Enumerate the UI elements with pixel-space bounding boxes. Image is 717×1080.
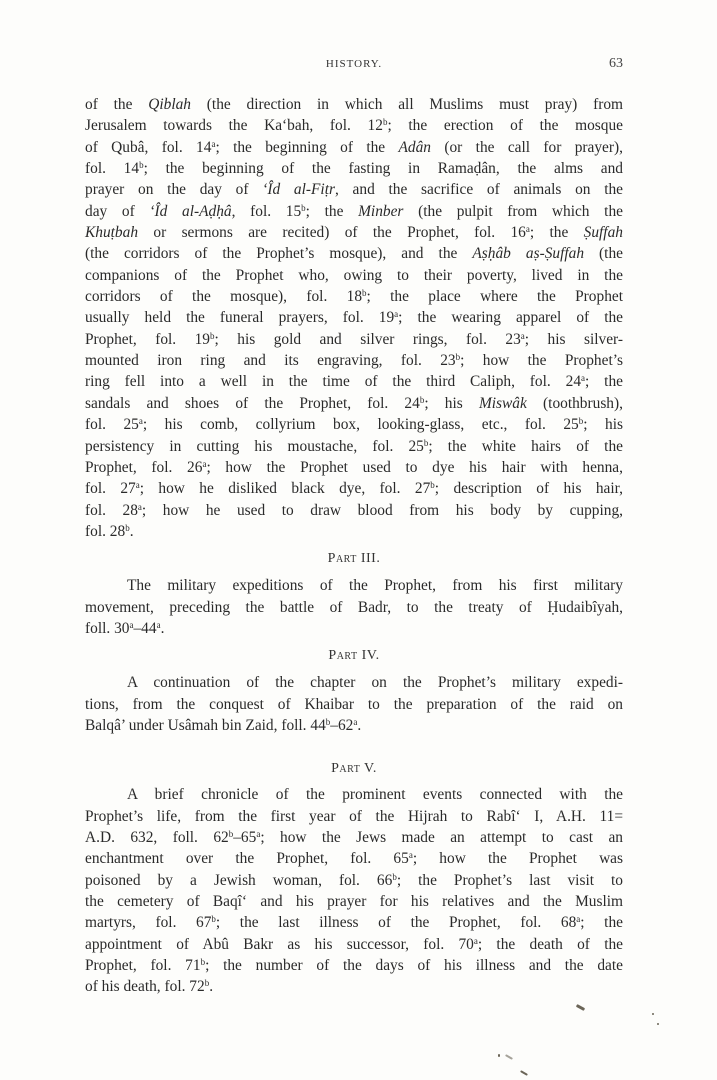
text-line: fol. 27a; how he disliked black dye, fol… [85, 478, 623, 499]
scan-speck [505, 1054, 513, 1060]
text-line: A continuation of the chapter on the Pro… [85, 672, 623, 693]
running-head: HISTORY. 63 [85, 58, 623, 78]
text-line: A brief chronicle of the prominent event… [85, 784, 623, 805]
text-line: poisoned by a Jewish woman, fol. 66b; th… [85, 870, 623, 891]
text-line: Prophet, fol. 19b; his gold and silver r… [85, 329, 623, 350]
body-text: of the Qiblah (the direction in which al… [85, 94, 623, 998]
text-line: usually held the funeral prayers, fol. 1… [85, 307, 623, 328]
scan-speck [520, 1070, 528, 1076]
scan-speck [498, 1054, 500, 1057]
book-page: HISTORY. 63 of the Qiblah (the direction… [0, 0, 717, 1080]
part-3-paragraph: The military expeditions of the Prophet,… [85, 575, 623, 639]
text-line: A.D. 632, foll. 62b–65a; how the Jews ma… [85, 827, 623, 848]
text-line: of the Qiblah (the direction in which al… [85, 94, 623, 115]
text-line: the cemetery of Baqî‘ and his prayer for… [85, 891, 623, 912]
text-line: enchantment over the Prophet, fol. 65a; … [85, 848, 623, 869]
text-line: fol. 14b; the beginning of the fasting i… [85, 158, 623, 179]
text-line: appointment of Abû Bakr as his successor… [85, 934, 623, 955]
part-5-heading: Part V. [85, 754, 623, 784]
text-line: tions, from the conquest of Khaibar to t… [85, 694, 623, 715]
scan-speck [657, 1023, 659, 1025]
text-line: foll. 30a–44a. [85, 618, 623, 639]
page-number: 63 [609, 56, 623, 72]
part-3-heading: Part III. [85, 542, 623, 575]
text-line: Khuṭbah or sermons are recited) of the P… [85, 222, 623, 243]
text-line: prayer on the day of ‘Îd al-Fiṭr, and th… [85, 179, 623, 200]
text-line: mounted iron ring and its engraving, fol… [85, 350, 623, 371]
part2-continuation-paragraph: of the Qiblah (the direction in which al… [85, 94, 623, 542]
text-line: fol. 28a; how he used to draw blood from… [85, 500, 623, 521]
text-line: corridors of the mosque), fol. 18b; the … [85, 286, 623, 307]
text-line: Jerusalem towards the Ka‘bah, fol. 12b; … [85, 115, 623, 136]
text-line: Balqâ’ under Usâmah bin Zaid, foll. 44b–… [85, 715, 623, 736]
part-4-paragraph: A continuation of the chapter on the Pro… [85, 672, 623, 736]
text-line: (the corridors of the Prophet’s mosque),… [85, 243, 623, 264]
text-line: persistency in cutting his moustache, fo… [85, 436, 623, 457]
text-line: The military expeditions of the Prophet,… [85, 575, 623, 596]
text-line: sandals and shoes of the Prophet, fol. 2… [85, 393, 623, 414]
text-line: fol. 28b. [85, 521, 623, 542]
text-line: ring fell into a well in the time of the… [85, 371, 623, 392]
part-5-paragraph: A brief chronicle of the prominent event… [85, 784, 623, 997]
text-line: martyrs, fol. 67b; the last illness of t… [85, 912, 623, 933]
text-line: movement, preceding the battle of Badr, … [85, 597, 623, 618]
running-title: HISTORY. [85, 58, 623, 70]
scan-speck [652, 1013, 654, 1015]
text-line: Prophet, fol. 71b; the number of the day… [85, 955, 623, 976]
scan-speck [576, 1004, 585, 1011]
part-4-heading: Part IV. [85, 639, 623, 672]
text-line: Prophet’s life, from the first year of t… [85, 806, 623, 827]
text-line: companions of the Prophet who, owing to … [85, 265, 623, 286]
text-line: fol. 25a; his comb, collyrium box, looki… [85, 414, 623, 435]
text-line: of Qubâ, fol. 14a; the beginning of the … [85, 137, 623, 158]
text-line: of his death, fol. 72b. [85, 976, 623, 997]
text-line: day of ‘Îd al-Aḍḥâ, fol. 15b; the Minber… [85, 201, 623, 222]
text-line: Prophet, fol. 26a; how the Prophet used … [85, 457, 623, 478]
